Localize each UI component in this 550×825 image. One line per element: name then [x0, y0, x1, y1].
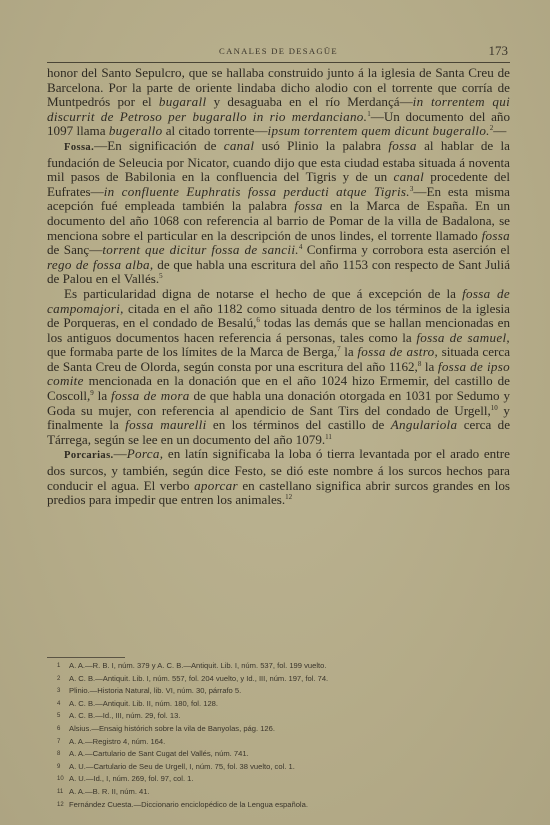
italic-term: fossa — [294, 198, 322, 213]
footnote-text: A. U.—Id., I, núm. 269, fol. 97, col. 1. — [69, 774, 194, 783]
footnote: 4A. C. B.—Antiquit. Lib. II, núm. 180, f… — [57, 698, 497, 711]
running-head: Canales de desagüe 173 — [47, 43, 510, 59]
italic-term: fossa maurelli — [125, 417, 206, 432]
italic-term: bugarall — [159, 94, 207, 109]
text: —En significación de — [94, 138, 224, 153]
footnote-number: 8 — [57, 749, 69, 761]
italic-term: fossa de mora — [111, 388, 190, 403]
text: la — [341, 344, 358, 359]
footnote-number: 5 — [57, 711, 69, 723]
text: — — [114, 446, 127, 461]
footnote: 5A. C. B.—Id., III, núm. 29, fol. 13. — [57, 710, 497, 723]
entry-term: Fossa. — [64, 142, 94, 153]
footnote-number: 12 — [57, 800, 69, 812]
text: y desaguaba en el río Merdançá— — [206, 94, 412, 109]
footnote: 3Plinio.—Historia Natural, lib. VI, núm.… — [57, 685, 497, 698]
footnote-ref: 11 — [325, 433, 332, 441]
italic-term: aporcar — [194, 478, 238, 493]
footnote-text: A. U.—Cartulario de Seu de Urgell, I, nú… — [69, 762, 295, 771]
text: de Sanç— — [47, 242, 102, 257]
italic-term: canal — [224, 138, 255, 153]
footnote-text: A. C. B.—Antiquit. Lib. II, núm. 180, fo… — [69, 699, 218, 708]
footnote-number: 7 — [57, 737, 69, 749]
running-title: Canales de desagüe — [47, 46, 510, 56]
footnote-ref: 12 — [285, 493, 292, 501]
footnote: 2A. C. B.—Antiquit. Lib. I, núm. 557, fo… — [57, 673, 497, 686]
paragraph-porcarias: Porcarias.—Porca, en latín significaba l… — [47, 447, 510, 507]
text: Confirma y corrobora esta aserción el — [302, 242, 510, 257]
italic-term: canal — [393, 169, 424, 184]
footnote: 1A. A.—R. B. I, núm. 379 y A. C. B.—Anti… — [57, 660, 497, 673]
italic-term: fossa — [482, 228, 510, 243]
paragraph-fossa: Fossa.—En significación de canal usó Pli… — [47, 139, 510, 287]
footnote-text: Fernández Cuesta.—Diccionario enciclopéd… — [69, 800, 308, 809]
footnote: 12Fernández Cuesta.—Diccionario enciclop… — [57, 799, 497, 812]
footnote-number: 11 — [57, 787, 69, 799]
footnote-text: A. C. B.—Antiquit. Lib. I, núm. 557, fol… — [69, 674, 328, 683]
text: en los términos del castillo de — [207, 417, 391, 432]
latin-quote: ipsum torrentem quem dicunt bugerallo. — [268, 123, 490, 138]
text: usó Plinio la palabra — [254, 138, 388, 153]
paragraph-particularidad: Es particularidad digna de notarse el he… — [47, 287, 510, 448]
footnote: 6Alsius.—Ensaig histórich sobre la vila … — [57, 723, 497, 736]
footnote-text: A. A.—Registro 4, núm. 164. — [69, 737, 165, 746]
header-rule — [47, 62, 510, 63]
footnote-number: 10 — [57, 774, 69, 786]
latin-quote: torrent que dicitur fossa de sancii. — [102, 242, 299, 257]
footnote-text: Plinio.—Historia Natural, lib. VI, núm. … — [69, 686, 241, 695]
paragraph-1: honor del Santo Sepulcro, que se hallaba… — [47, 66, 510, 139]
footnote: 8A. A.—Cartulario de Sant Cugat del Vall… — [57, 748, 497, 761]
italic-term: rego de fossa alba, — [47, 257, 153, 272]
footnote: 7A. A.—Registro 4, núm. 164. — [57, 736, 497, 749]
text: que formaba parte de los límites de la M… — [47, 344, 337, 359]
page-number: 173 — [489, 43, 509, 59]
footnote-text: Alsius.—Ensaig histórich sobre la vila d… — [69, 724, 275, 733]
text: Es particularidad digna de notarse el he… — [64, 286, 462, 301]
footnote: 10A. U.—Id., I, núm. 269, fol. 97, col. … — [57, 773, 497, 786]
footnote-rule — [47, 657, 125, 658]
italic-term: Angulariola — [391, 417, 458, 432]
footnote-number: 9 — [57, 762, 69, 774]
footnote-ref: 5 — [159, 272, 163, 280]
latin-quote: in confluente Euphratis fossa perducti a… — [104, 184, 410, 199]
footnote-text: A. A.—R. B. I, núm. 379 y A. C. B.—Antiq… — [69, 661, 326, 670]
footnote-number: 2 — [57, 674, 69, 686]
text: al citado torrente— — [162, 123, 267, 138]
body-text: honor del Santo Sepulcro, que se hallaba… — [47, 66, 510, 508]
text: — — [493, 123, 506, 138]
footnote-number: 4 — [57, 699, 69, 711]
italic-term: fossa — [388, 138, 416, 153]
footnote-number: 6 — [57, 724, 69, 736]
footnote-text: A. A.—B. R. II, núm. 41. — [69, 787, 150, 796]
italic-term: Porca, — [127, 446, 164, 461]
footnote: 11A. A.—B. R. II, núm. 41. — [57, 786, 497, 799]
footnote-number: 3 — [57, 686, 69, 698]
italic-term: bugerallo — [109, 123, 163, 138]
footnote-number: 1 — [57, 661, 69, 673]
italic-term: fossa de samuel, — [416, 330, 510, 345]
footnote: 9A. U.—Cartulario de Seu de Urgell, I, n… — [57, 761, 497, 774]
text: la — [94, 388, 111, 403]
footnotes: 1A. A.—R. B. I, núm. 379 y A. C. B.—Anti… — [57, 660, 497, 811]
text: la — [421, 359, 438, 374]
footnote-ref: 10 — [491, 404, 498, 412]
footnote-text: A. C. B.—Id., III, núm. 29, fol. 13. — [69, 711, 180, 720]
footnote-text: A. A.—Cartulario de Sant Cugat del Vallé… — [69, 749, 249, 758]
entry-term: Porcarias. — [64, 450, 114, 461]
italic-term: fossa de astro, — [357, 344, 438, 359]
